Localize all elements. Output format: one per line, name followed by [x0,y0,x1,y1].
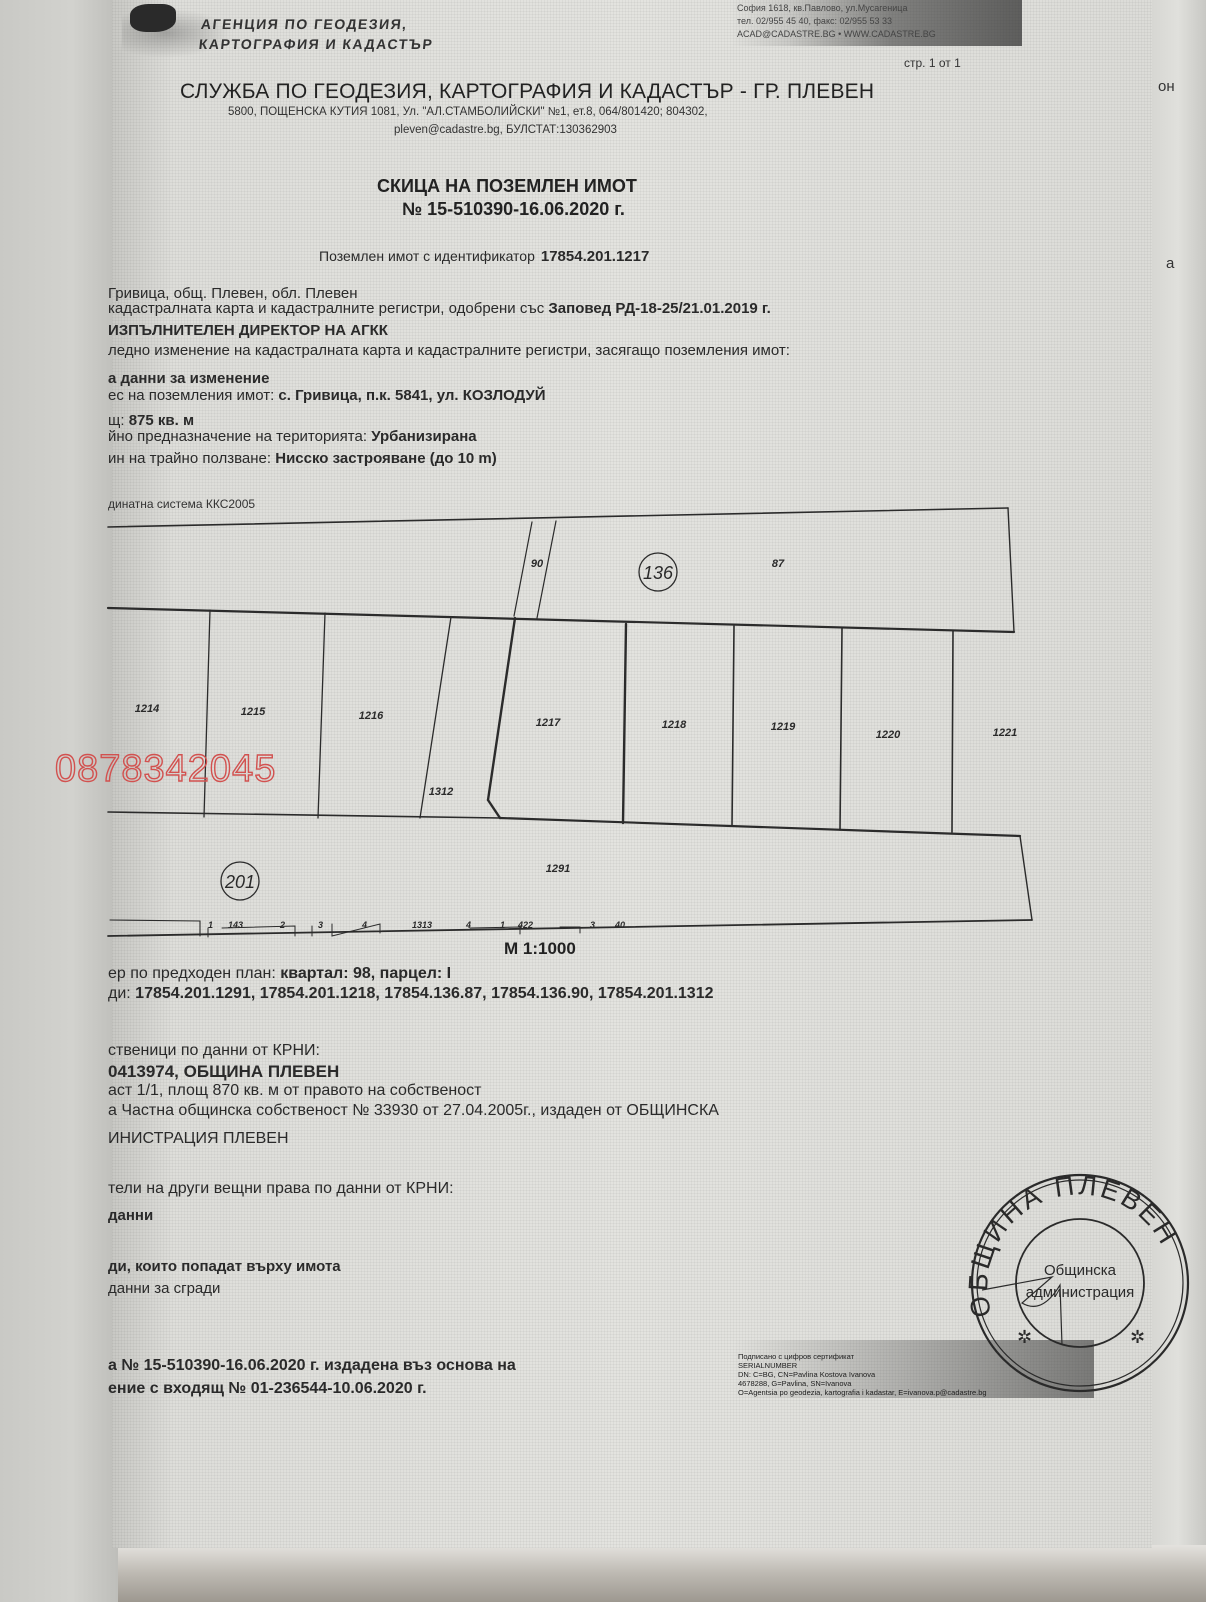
digital-signature: Подписано с цифров сертификат SERIALNUMB… [738,1352,987,1397]
detail-line: тели на други вещни права по данни от КР… [108,1180,454,1198]
edge-fragment: он [1158,78,1175,95]
svg-text:Общинска: Общинска [1044,1262,1117,1279]
parcel-label: 1312 [429,786,453,798]
quarter-markers: 136 201 [221,553,677,900]
document-number: № 15-510390-16.06.2020 г. [402,199,625,220]
detail-line: 0413974, ОБЩИНА ПЛЕВЕН [108,1062,339,1082]
parcel-label: 1214 [135,703,159,715]
municipality-stamp-icon: ОБЩИНА ПЛЕВЕН Общинска администрация ✲ ✲ [962,1165,1202,1405]
detail-line: ди, които попадат върху имота [108,1258,341,1275]
parcel-label: 1215 [241,706,266,718]
detail-line: аст 1/1, площ 870 кв. м от правото на со… [108,1082,481,1100]
svg-text:40: 40 [614,920,625,930]
cadastral-sketch-document: АГЕНЦИЯ ПО ГЕОДЕЗИЯ, КАРТОГРАФИЯ И КАДАС… [112,0,1152,1548]
svg-text:3: 3 [318,920,323,930]
parcel-label: 90 [531,558,544,570]
svg-text:✲: ✲ [1017,1327,1032,1347]
parcel-label: 1220 [876,729,901,741]
svg-text:1: 1 [208,920,213,930]
parcel-label: 1217 [536,717,561,729]
svg-text:1313: 1313 [412,920,432,930]
phone-watermark: 0878342045 [55,748,276,791]
svg-text:201: 201 [224,872,255,892]
info-line: ес на поземления имот: с. Гривица, п.к. … [108,387,546,404]
office-title: СЛУЖБА ПО ГЕОДЕЗИЯ, КАРТОГРАФИЯ И КАДАСТ… [180,80,874,104]
svg-text:4: 4 [361,920,367,930]
agency-hq-contacts: София 1618, кв.Павлово, ул.Мусагеница те… [737,2,936,41]
svg-text:4: 4 [465,920,471,930]
property-identifier: Поземлен имот с идентификатор17854.201.1… [319,248,649,265]
parcel-label: 1219 [771,721,796,733]
bulgaria-map-logo-icon [130,4,176,32]
office-address: 5800, ПОЩЕНСКА КУТИЯ 1081, Ул. "АЛ.СТАМБ… [228,106,708,118]
edge-fragment: а [1166,255,1174,272]
cadastral-map: 90 87 1214 1215 1216 1217 1218 1219 1220… [100,500,1040,940]
svg-text:422: 422 [517,920,533,930]
info-line: ИЗПЪЛНИТЕЛЕН ДИРЕКТОР НА АГКК [108,322,388,339]
detail-line: данни [108,1207,153,1224]
detail-line: ственици по данни от КРНИ: [108,1042,320,1060]
parcel-label: 87 [772,558,785,570]
detail-line: ер по предходен план: квартал: 98, парце… [108,965,451,983]
page-number: стр. 1 от 1 [904,56,961,70]
detail-line: ение с входящ № 01-236544-10.06.2020 г. [108,1380,427,1398]
map-scale: М 1:1000 [504,939,576,959]
detail-line: а Частна общинска собственост № 33930 от… [108,1102,719,1120]
identifier-value: 17854.201.1217 [541,248,649,265]
parcel-label: 1221 [993,727,1017,739]
agency-name: АГЕНЦИЯ ПО ГЕОДЕЗИЯ, КАРТОГРАФИЯ И КАДАС… [198,14,437,54]
detail-line: ИНИСТРАЦИЯ ПЛЕВЕН [108,1130,289,1148]
parcel-label: 1291 [546,863,570,875]
parcel-label: 1216 [359,710,384,722]
info-line: ледно изменение на кадастралната карта и… [108,342,790,359]
page-stack-edge [118,1545,1206,1602]
info-line: а данни за изменение [108,370,269,387]
svg-text:136: 136 [643,563,674,583]
svg-text:✲: ✲ [1130,1327,1145,1347]
document-title: СКИЦА НА ПОЗЕМЛЕН ИМОТ [377,176,637,197]
svg-text:2: 2 [279,920,285,930]
office-contact: pleven@cadastre.bg, БУЛСТАТ:130362903 [394,124,617,136]
info-line: ин на трайно ползване: Нисско застрояван… [108,450,497,467]
parcel-labels: 90 87 1214 1215 1216 1217 1218 1219 1220… [135,558,1017,875]
detail-line: данни за сгради [108,1280,220,1297]
info-line: щ: 875 кв. м [108,412,194,429]
detail-line: а № 15-510390-16.06.2020 г. издадена въз… [108,1357,516,1375]
svg-text:3: 3 [590,920,595,930]
parcel-label: 1218 [662,719,687,731]
info-line: кадастралната карта и кадастралните реги… [108,300,771,317]
svg-text:143: 143 [228,920,243,930]
detail-line: ди: 17854.201.1291, 17854.201.1218, 1785… [108,985,714,1003]
svg-text:администрация: администрация [1026,1284,1135,1301]
svg-text:1: 1 [500,920,505,930]
info-line: йно предназначение на територията: Урбан… [108,428,477,445]
